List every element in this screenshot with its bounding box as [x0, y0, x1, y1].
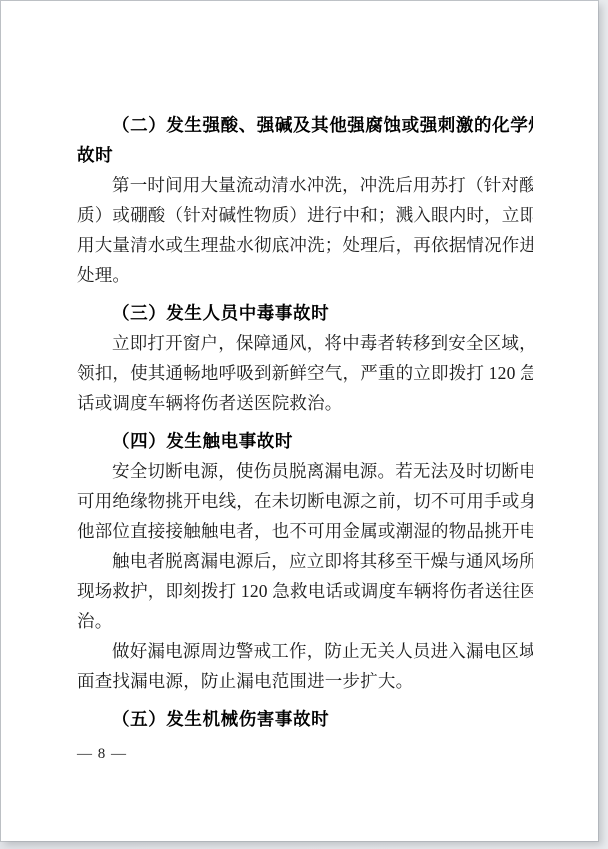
- text-line: （二）发生强酸、强碱及其他强腐蚀或强刺激的化学灼伤事: [77, 110, 533, 140]
- section-heading: （二）发生强酸、强碱及其他强腐蚀或强刺激的化学灼伤事故时: [77, 110, 533, 170]
- text-line: 安全切断电源，使伤员脱离漏电源。若无法及时切断电源，: [77, 456, 533, 486]
- paragraph: 立即打开窗户，保障通风，将中毒者转移到安全区域，解开领扣，使其通畅地呼吸到新鲜空…: [77, 328, 533, 418]
- text-line: 处理。: [77, 260, 533, 290]
- text-line: 现场救护，即刻拨打 120 急救电话或调度车辆将伤者送往医院救: [77, 576, 533, 606]
- page-number: — 8 —: [77, 746, 127, 763]
- paragraph: 触电者脱离漏电源后，应立即将其移至干燥与通风场所实施现场救护，即刻拨打 120 …: [77, 546, 533, 636]
- text-line: （四）发生触电事故时: [77, 426, 533, 456]
- text-line: 故时: [77, 140, 533, 170]
- text-line: （五）发生机械伤害事故时: [77, 704, 533, 734]
- text-line: 用大量清水或生理盐水彻底冲洗；处理后，再依据情况作进一步: [77, 230, 533, 260]
- page-content: （二）发生强酸、强碱及其他强腐蚀或强刺激的化学灼伤事故时第一时间用大量流动清水冲…: [77, 102, 533, 734]
- text-line: 做好漏电源周边警戒工作，防止无关人员进入漏电区域，全: [77, 636, 533, 666]
- text-line: 面查找漏电源，防止漏电范围进一步扩大。: [77, 666, 533, 696]
- text-line: 立即打开窗户，保障通风，将中毒者转移到安全区域，解开: [77, 328, 533, 358]
- text-line: 触电者脱离漏电源后，应立即将其移至干燥与通风场所实施: [77, 546, 533, 576]
- document-page: （二）发生强酸、强碱及其他强腐蚀或强刺激的化学灼伤事故时第一时间用大量流动清水冲…: [1, 1, 598, 841]
- text-line: 他部位直接接触触电者，也不可用金属或潮湿的物品挑开电线。: [77, 516, 533, 546]
- section-heading: （三）发生人员中毒事故时: [77, 298, 533, 328]
- paragraph: 第一时间用大量流动清水冲洗，冲洗后用苏打（针对酸性物质）或硼酸（针对碱性物质）进…: [77, 170, 533, 290]
- text-line: 领扣，使其通畅地呼吸到新鲜空气，严重的立即拨打 120 急救电: [77, 358, 533, 388]
- document-viewer: （二）发生强酸、强碱及其他强腐蚀或强刺激的化学灼伤事故时第一时间用大量流动清水冲…: [0, 0, 608, 849]
- text-line: 第一时间用大量流动清水冲洗，冲洗后用苏打（针对酸性物: [77, 170, 533, 200]
- text-line: 治。: [77, 606, 533, 636]
- text-line: 可用绝缘物挑开电线，在未切断电源之前，切不可用手或身体其: [77, 486, 533, 516]
- text-line: 质）或硼酸（针对碱性物质）进行中和；溅入眼内时，立即就近: [77, 200, 533, 230]
- text-line: 话或调度车辆将伤者送医院救治。: [77, 388, 533, 418]
- paragraph: 做好漏电源周边警戒工作，防止无关人员进入漏电区域，全面查找漏电源，防止漏电范围进…: [77, 636, 533, 696]
- section-heading: （五）发生机械伤害事故时: [77, 704, 533, 734]
- section-heading: （四）发生触电事故时: [77, 426, 533, 456]
- paragraph: 安全切断电源，使伤员脱离漏电源。若无法及时切断电源，可用绝缘物挑开电线，在未切断…: [77, 456, 533, 546]
- text-line: （三）发生人员中毒事故时: [77, 298, 533, 328]
